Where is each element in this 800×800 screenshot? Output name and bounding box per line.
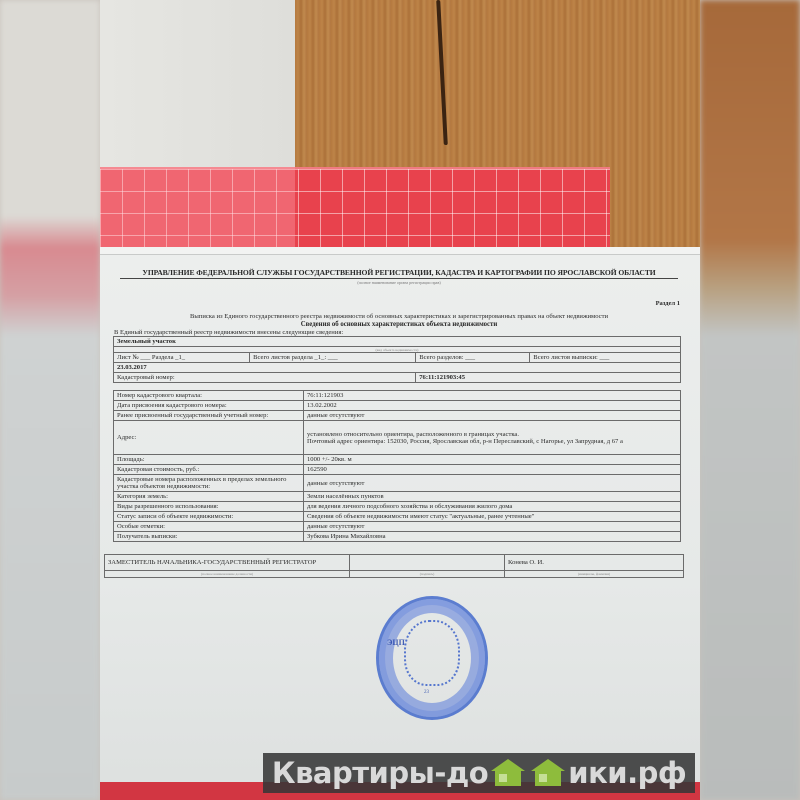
cadastral-number-label: Кадастровый номер: [114, 373, 416, 383]
object-type: Земельный участок [114, 337, 681, 347]
table-row: Получатель выписки:Зубкова Ирина Михайло… [114, 532, 681, 542]
extract-title: Выписка из Единого государственного реес… [110, 313, 688, 320]
table-row: Особые отметки:данные отсутствуют [114, 522, 681, 532]
blurred-right-border [700, 0, 800, 800]
double-headed-eagle-emblem-icon [404, 620, 460, 686]
sheet-number: Лист № ___ Раздела _1_ [114, 353, 250, 363]
postal-address: Почтовый адрес ориентира: 152030, Россия… [307, 438, 677, 445]
table-row: Виды разрешенного использования:для веде… [114, 502, 681, 512]
row-value: данные отсутствуют [304, 522, 681, 532]
header-table: Земельный участок (вид объекта недвижимо… [113, 336, 681, 383]
signature-cell [350, 555, 505, 571]
position-caption: (полное наименование должности) [105, 571, 350, 578]
table-row: Дата присвоения кадастрового номера:13.0… [114, 401, 681, 411]
table-row: Кадастровые номера расположенных в преде… [114, 475, 681, 492]
row-label: Статус записи об объекте недвижимости: [114, 512, 304, 522]
row-label: Получатель выписки: [114, 532, 304, 542]
total-sections: Всего разделов: ___ [416, 353, 530, 363]
row-value: данные отсутствуют [304, 411, 681, 421]
intro-text: В Единый государственный реестр недвижим… [114, 329, 688, 336]
row-label: Категория земель: [114, 492, 304, 502]
row-value: 13.02.2002 [304, 401, 681, 411]
address-note: установлено относительно ориентира, расп… [307, 431, 677, 438]
watermark-text-start: Квартиры-до [272, 756, 488, 790]
row-value: для ведения личного подсобного хозяйства… [304, 502, 681, 512]
total-sheets: Всего листов выписки: ___ [530, 353, 681, 363]
registrar-name: Конева О. И. [505, 555, 684, 571]
house-icon [489, 759, 527, 787]
row-label: Адрес: [114, 421, 304, 455]
row-value: установлено относительно ориентира, расп… [304, 421, 681, 455]
site-watermark: Квартиры-до ики.рф [263, 753, 695, 793]
paper-edge [100, 247, 700, 255]
organization-caption: (полное наименование органа регистрации … [110, 280, 688, 285]
row-value: Зубкова Ирина Михайловна [304, 532, 681, 542]
sheets-in-section: Всего листов раздела _1_: ___ [250, 353, 416, 363]
row-value: Земли населённых пунктов [304, 492, 681, 502]
stamp-number: 23 [424, 690, 429, 695]
table-row: Адрес:установлено относительно ориентира… [114, 421, 681, 455]
row-label: Кадастровая стоимость, руб.: [114, 465, 304, 475]
row-value: данные отсутствуют [304, 475, 681, 492]
name-caption: (инициалы, фамилия) [505, 571, 684, 578]
row-value: 76:11:121903 [304, 391, 681, 401]
table-row: Номер кадастрового квартала:76:11:121903 [114, 391, 681, 401]
row-label: Особые отметки: [114, 522, 304, 532]
row-label: Кадастровые номера расположенных в преде… [114, 475, 304, 492]
table-row: Кадастровая стоимость, руб.:162590 [114, 465, 681, 475]
row-label: Виды разрешенного использования: [114, 502, 304, 512]
extract-subtitle: Сведения об основных характеристиках объ… [110, 321, 688, 328]
table-row: Статус записи об объекте недвижимости:Св… [114, 512, 681, 522]
stamp-label: ЭЦП [387, 638, 405, 647]
row-value: 162590 [304, 465, 681, 475]
row-label: Номер кадастрового квартала: [114, 391, 304, 401]
section-label: Раздел 1 [110, 300, 680, 307]
details-table: Номер кадастрового квартала:76:11:121903… [113, 390, 681, 542]
signature-table: ЗАМЕСТИТЕЛЬ НАЧАЛЬНИКА-ГОСУДАРСТВЕННЫЙ Р… [104, 554, 684, 578]
row-label: Ранее присвоенный государственный учетны… [114, 411, 304, 421]
cadastral-number: 76:11:121903:45 [416, 373, 681, 383]
folder-glare [100, 167, 295, 247]
extract-date: 23.03.2017 [114, 363, 681, 373]
row-value: 1000 +/- 20кв. м [304, 455, 681, 465]
row-value: Сведения об объекте недвижимости имеют с… [304, 512, 681, 522]
blurred-left-border [0, 0, 100, 800]
extract-document: УПРАВЛЕНИЕ ФЕДЕРАЛЬНОЙ СЛУЖБЫ ГОСУДАРСТВ… [110, 268, 688, 578]
row-label: Площадь: [114, 455, 304, 465]
table-row: Категория земель:Земли населённых пункто… [114, 492, 681, 502]
table-row: Площадь:1000 +/- 20кв. м [114, 455, 681, 465]
row-label: Дата присвоения кадастрового номера: [114, 401, 304, 411]
table-row: Ранее присвоенный государственный учетны… [114, 411, 681, 421]
organization-name: УПРАВЛЕНИЕ ФЕДЕРАЛЬНОЙ СЛУЖБЫ ГОСУДАРСТВ… [120, 268, 678, 279]
watermark-text-end: ики.рф [568, 756, 686, 790]
house-icon [529, 759, 567, 787]
registrar-position: ЗАМЕСТИТЕЛЬ НАЧАЛЬНИКА-ГОСУДАРСТВЕННЫЙ Р… [105, 555, 350, 571]
signature-caption: (подпись) [350, 571, 505, 578]
